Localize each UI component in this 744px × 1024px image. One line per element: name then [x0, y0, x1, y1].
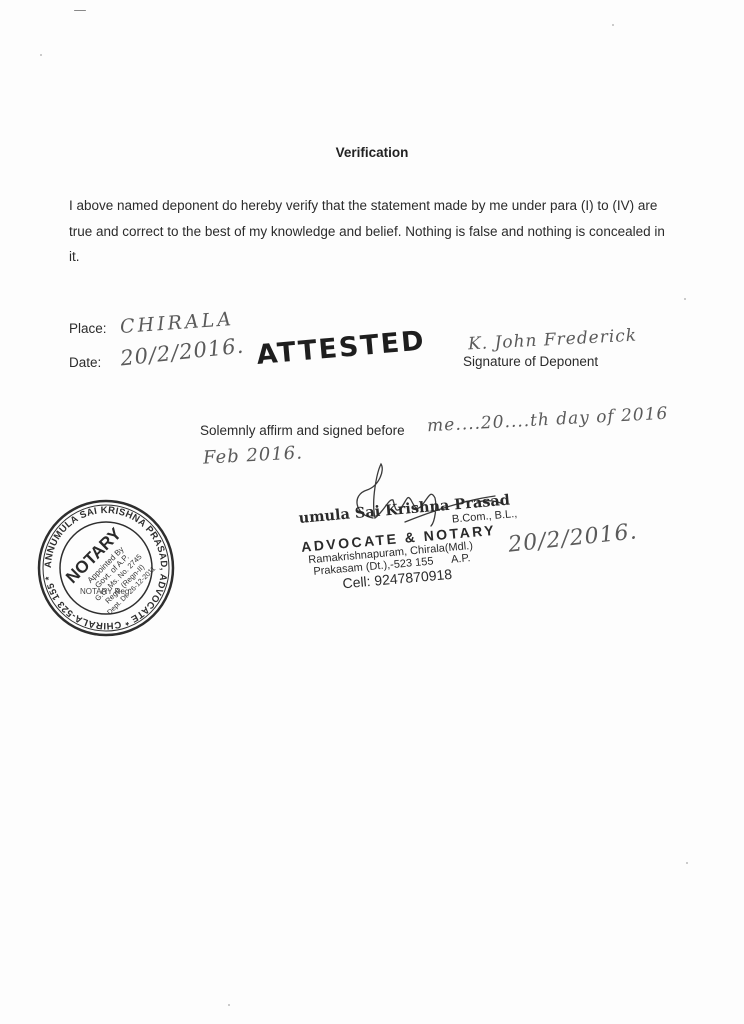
date-value-handwritten: 20/2/2016.	[119, 334, 245, 371]
place-value-handwritten: CHIRALA	[119, 308, 234, 338]
notary-seal: ANNUMULA SAI KRISHNA PRASAD, ADVOCATE * …	[36, 498, 176, 638]
signature-of-deponent-label: Signature of Deponent	[463, 354, 598, 369]
verification-statement: I above named deponent do hereby verify …	[69, 193, 679, 270]
solemn-handwritten-line2: Feb 2016.	[203, 442, 304, 468]
place-label: Place:	[69, 321, 107, 336]
scan-speck	[684, 298, 686, 300]
scan-speck	[40, 54, 42, 56]
scan-speck	[686, 862, 688, 864]
document-page: Verification I above named deponent do h…	[0, 0, 744, 1024]
scan-speck	[228, 1004, 230, 1006]
date-label: Date:	[69, 355, 101, 370]
scan-speck	[612, 24, 614, 26]
attested-stamp: ATTESTED	[255, 325, 426, 371]
notary-address-stamp: umula Sai Krishna Prasad B.Com., B.L., A…	[298, 490, 535, 595]
seal-line6: NOTARY Reg.	[80, 587, 132, 596]
solemn-handwritten-line1: me....20....th day of 2016	[427, 404, 669, 437]
solemn-affirmation-text: Solemnly affirm and signed before	[200, 423, 405, 438]
page-title: Verification	[0, 145, 744, 160]
scan-mark	[74, 10, 86, 11]
deponent-signature: K. John Frederick	[468, 326, 638, 355]
